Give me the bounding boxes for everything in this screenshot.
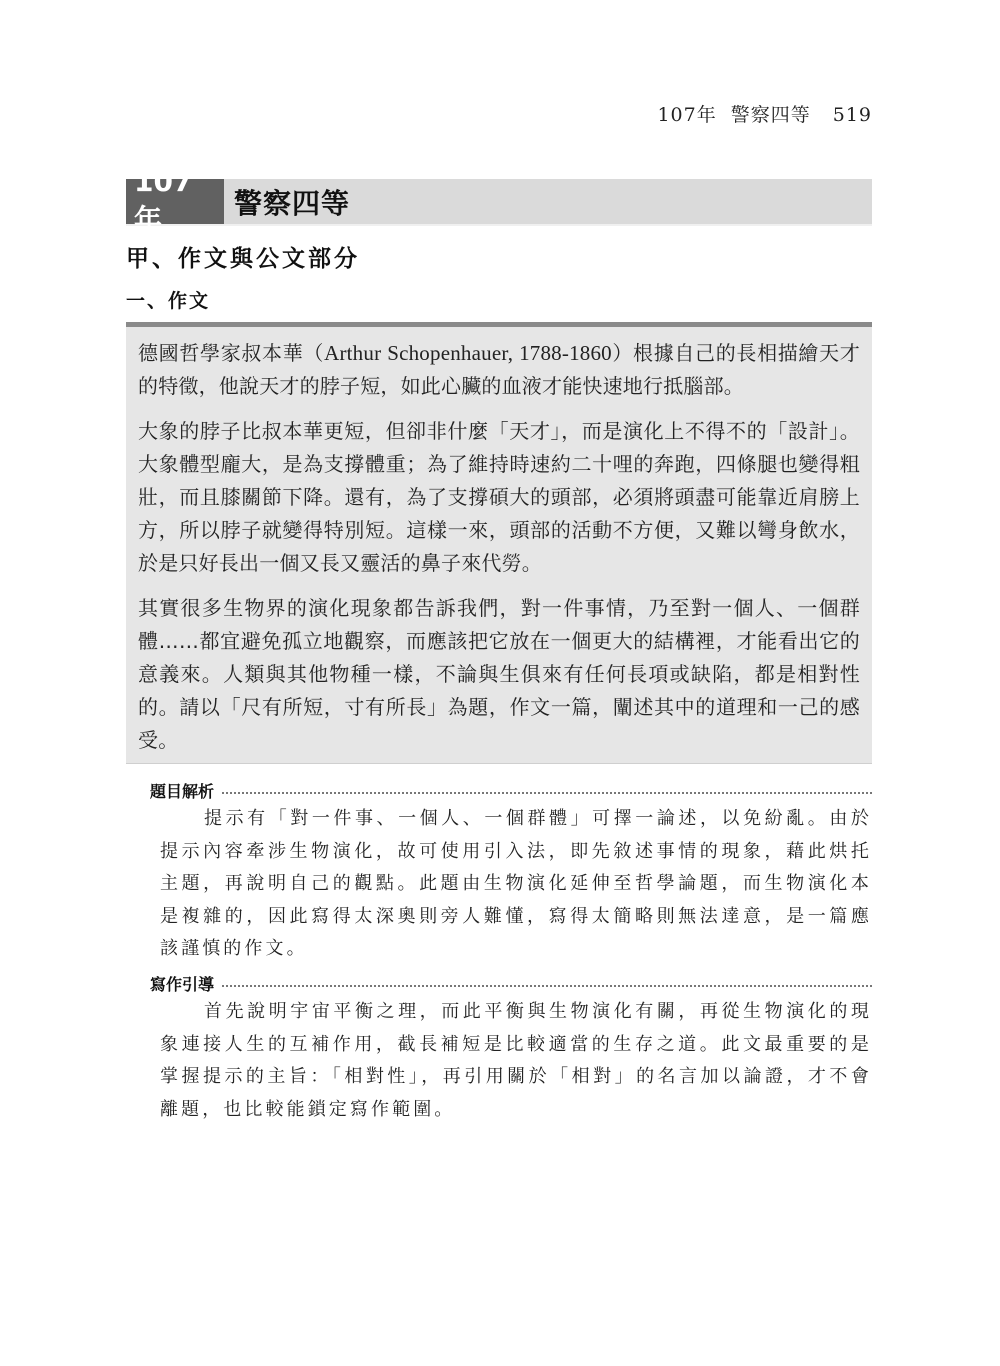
- running-header-exam: 警察四等: [731, 104, 811, 126]
- analysis-text: 提示有「對一件事、一個人、一個群體」可擇一論述，以免紛亂。由於提示內容牽涉生物演…: [160, 803, 872, 966]
- banner-exam-title: 警察四等: [224, 179, 350, 224]
- page-number: 519: [833, 104, 872, 126]
- guidance-label: 寫作引導: [150, 972, 222, 995]
- section-title: 甲、作文與公文部分: [126, 240, 360, 273]
- exam-banner: 107年 警察四等: [126, 179, 872, 226]
- question-prompt-box: 德國哲學家叔本華（Arthur Schopenhauer, 1788-1860）…: [126, 322, 872, 764]
- dotted-leader: [222, 985, 872, 987]
- analysis-heading: 題目解析: [150, 779, 872, 802]
- subsection-title: 一、作文: [126, 286, 210, 313]
- analysis-label: 題目解析: [150, 779, 222, 802]
- question-paragraph-1-name: Arthur Schopenhauer, 1788-1860: [324, 341, 612, 365]
- dotted-leader: [222, 792, 872, 794]
- question-paragraph-2: 大象的脖子比叔本華更短，但卻非什麼「天才」，而是演化上不得不的「設計」。大象體型…: [138, 415, 860, 580]
- banner-year-label: 107年: [126, 179, 224, 224]
- question-paragraph-1: 德國哲學家叔本華（Arthur Schopenhauer, 1788-1860）…: [138, 337, 860, 403]
- question-paragraph-3: 其實很多生物界的演化現象都告訴我們，對一件事情，乃至對一個人、一個群體……都宜避…: [138, 592, 860, 757]
- running-header-year: 107年: [657, 104, 716, 126]
- question-paragraph-1-lead: 德國哲學家叔本華（: [138, 341, 324, 365]
- guidance-heading: 寫作引導: [150, 972, 872, 995]
- running-header: 107年警察四等519: [657, 100, 872, 127]
- guidance-text: 首先說明宇宙平衡之理，而此平衡與生物演化有關，再從生物演化的現象連接人生的互補作…: [160, 996, 872, 1126]
